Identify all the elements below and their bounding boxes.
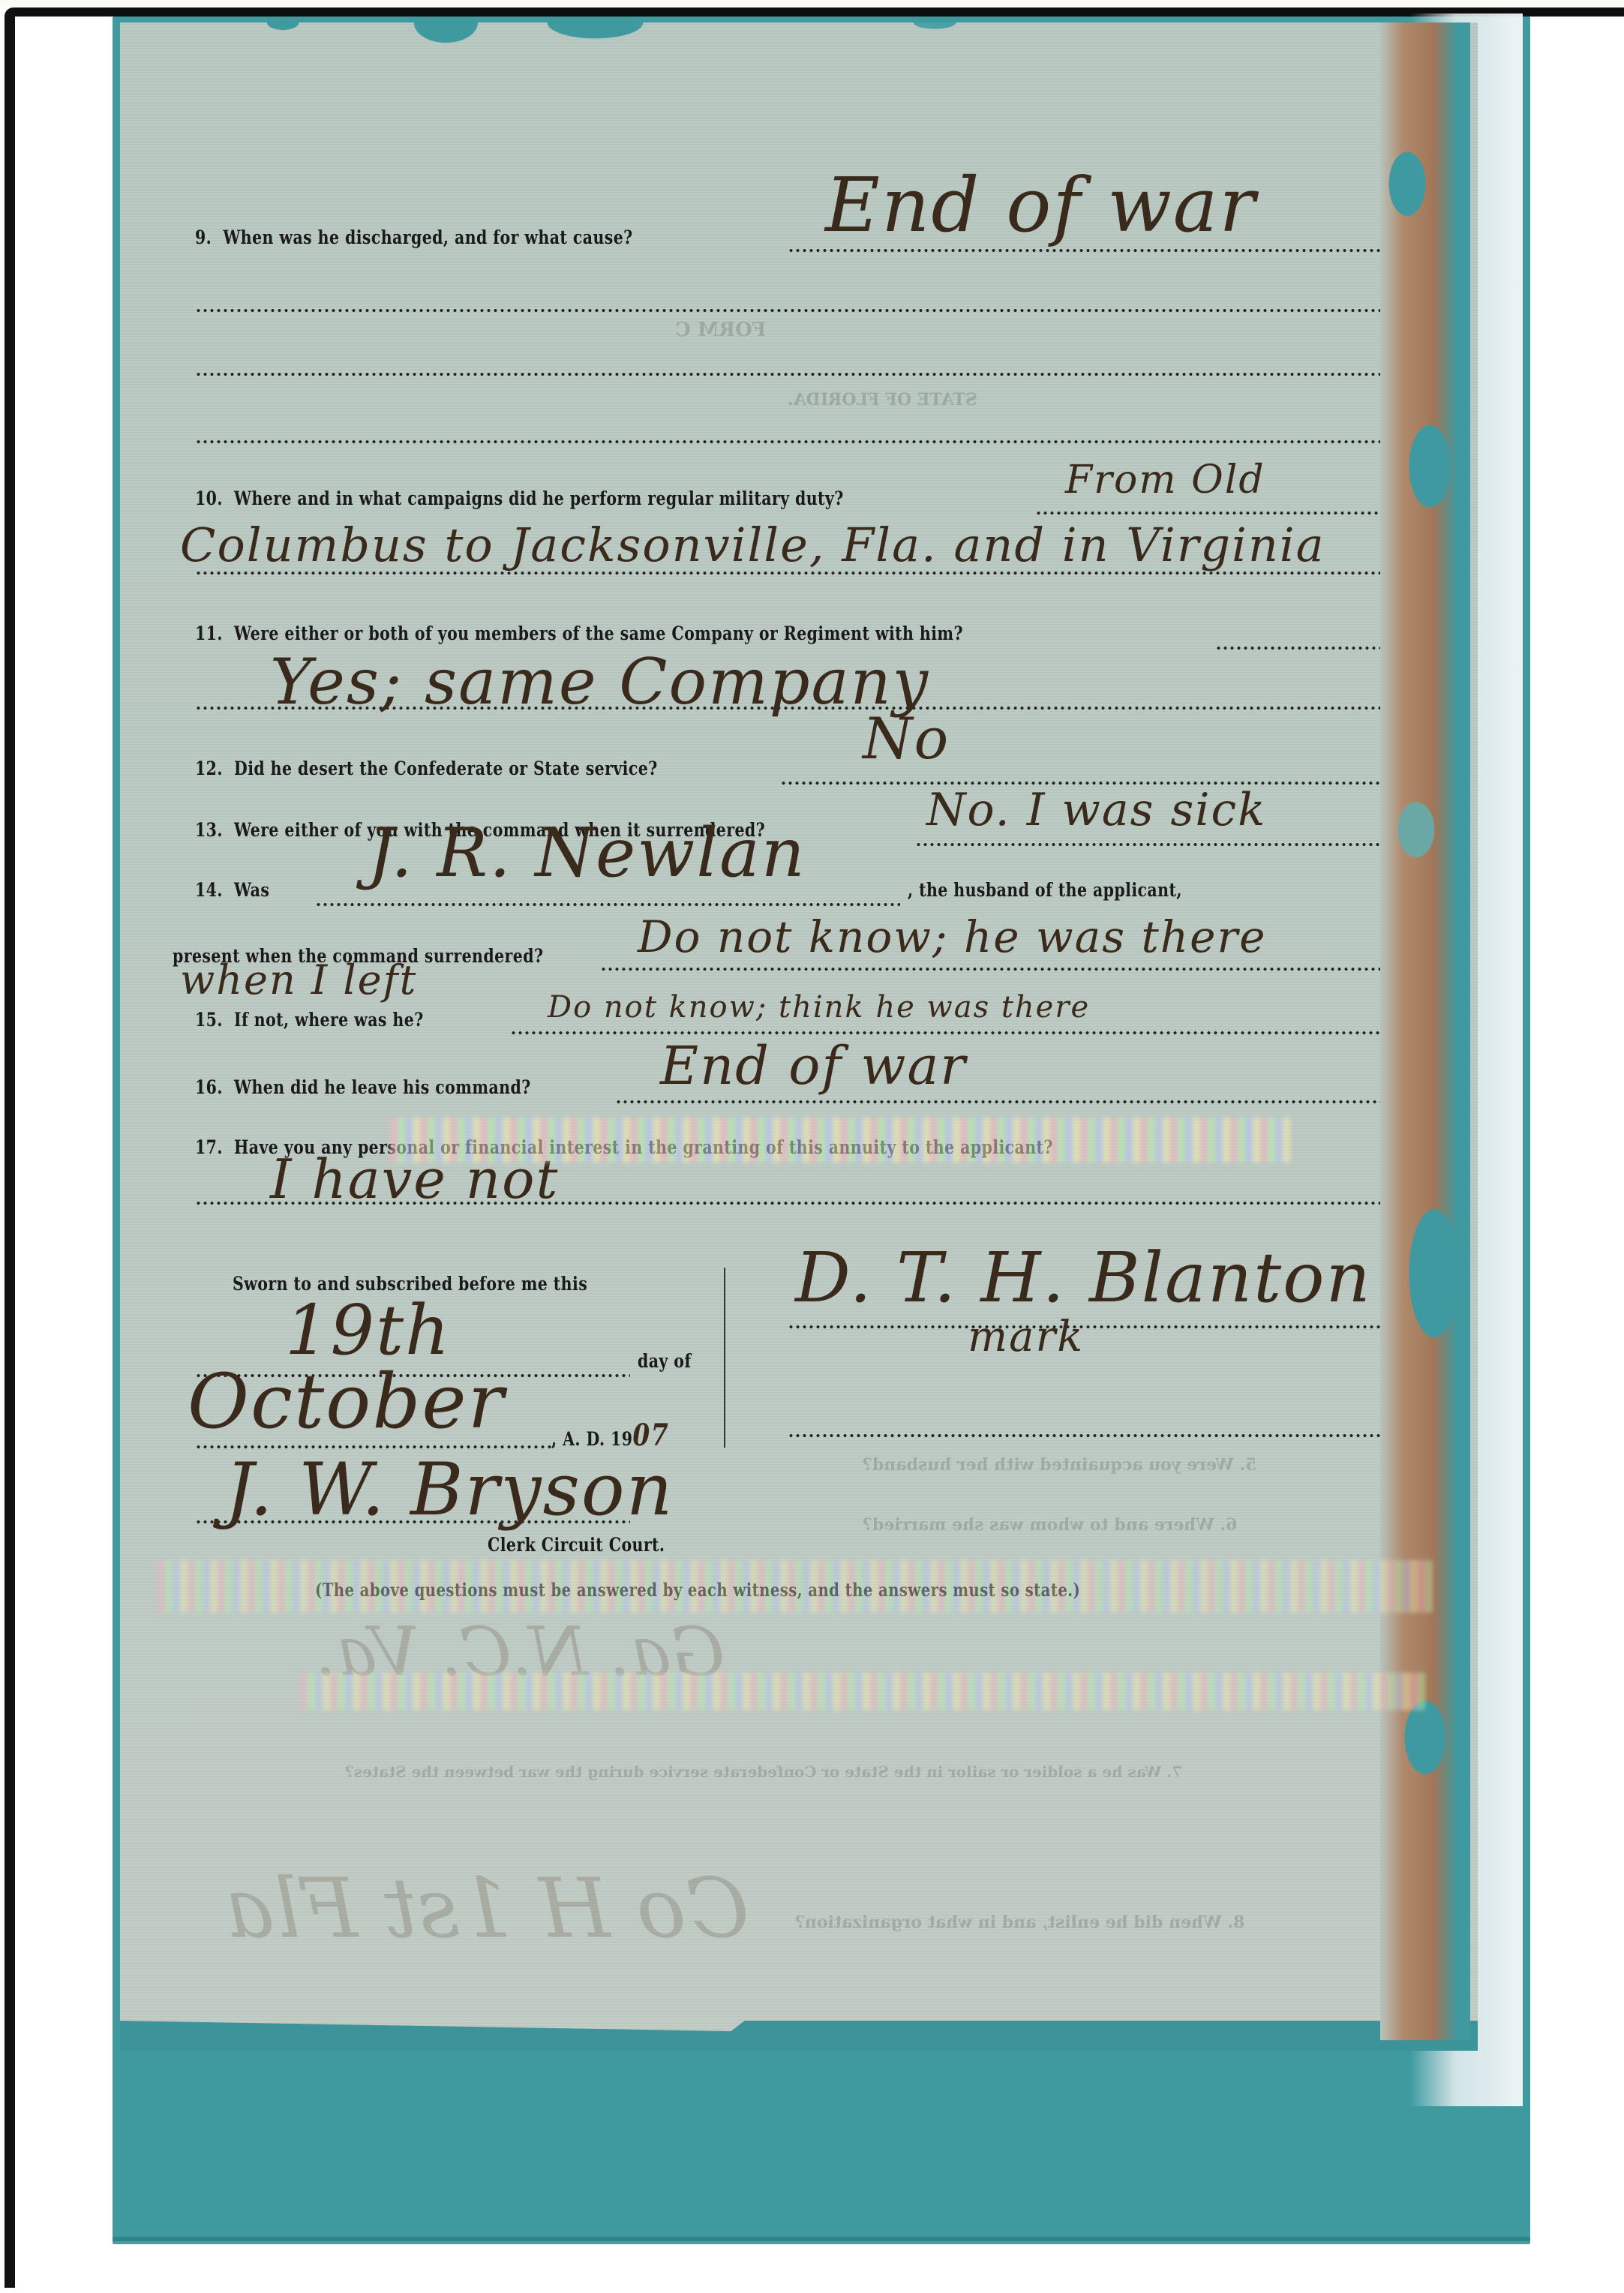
bleedthrough-q5: 5. Were you acquainted with her husband? — [863, 1455, 1256, 1475]
question-14-suffix: , the husband of the applicant, — [908, 879, 1295, 901]
answer-10-line1-handwritten: From Old — [1065, 458, 1265, 503]
answer-9-handwritten: End of war — [825, 161, 1256, 249]
torn-top-edge — [120, 23, 1478, 53]
bleedthrough-q7: 7. Was he a soldier or sailor in the Sta… — [345, 1763, 1182, 1781]
answer-line-16 — [615, 1099, 1380, 1105]
bleedthrough-handwriting-2: Co H 1st Fla — [225, 1860, 749, 1956]
answer-17-handwritten: I have not — [270, 1148, 559, 1211]
bleedthrough-state: STATE OF FLORIDA. — [788, 390, 977, 410]
answer-line-9c — [195, 371, 1380, 377]
question-10: 10. Where and in what campaigns did he p… — [195, 488, 1167, 509]
clerk-signature: J. W. Bryson — [225, 1448, 674, 1532]
bleedthrough-form-title: FORM C — [675, 319, 766, 341]
soldier-name-handwritten: J. R. Newlan — [368, 814, 806, 893]
question-11: 11. Were either or both of you members o… — [195, 623, 1167, 644]
answer-line-14 — [600, 966, 1380, 972]
answer-16-handwritten: End of war — [660, 1035, 967, 1097]
bleedthrough-handwriting-1: Ga. N.C. Va. — [315, 1613, 725, 1691]
answer-10-line2-handwritten: Columbus to Jacksonville, Fla. and in Vi… — [180, 518, 1325, 572]
answer-15-handwritten: Do not know; think he was there — [548, 990, 1090, 1025]
answer-12-handwritten: No — [863, 705, 950, 772]
day-of-label: day of — [638, 1350, 730, 1372]
jurat-brace — [724, 1268, 737, 1448]
answer-line-13 — [915, 842, 1380, 848]
answer-11-handwritten: Yes; same Company — [270, 645, 929, 719]
month-handwritten: October — [188, 1358, 505, 1445]
instructions-footnote: (The above questions must be answered by… — [315, 1579, 1176, 1601]
answer-line-9b — [195, 308, 1380, 314]
question-12: 12. Did he desert the Confederate or Sta… — [195, 758, 1167, 779]
witness-second-signature-line — [788, 1433, 1380, 1439]
bleedthrough-q6: 6. Where and to whom was she married? — [863, 1515, 1238, 1535]
witness-signature: D. T. H. Blanton — [795, 1238, 1372, 1318]
answer-line-9d — [195, 439, 1380, 445]
bleedthrough-q8: 8. When did he enlist, and in what organ… — [795, 1913, 1244, 1932]
scanner-frame-left-edge — [5, 8, 15, 2288]
answer-line-10 — [1035, 510, 1380, 516]
answer-line-11 — [1215, 645, 1380, 651]
witness-mark: mark — [968, 1313, 1084, 1361]
scanner-bed-top — [0, 0, 1624, 6]
clerk-title: Clerk Circuit Court. — [488, 1534, 734, 1556]
answer-14-line2-handwritten: when I left — [180, 956, 417, 1004]
answer-13-handwritten: No. I was sick — [926, 784, 1266, 836]
answer-14-line1-handwritten: Do not know; he was there — [638, 911, 1267, 962]
name-line-14 — [315, 902, 900, 908]
stained-torn-right-edge — [1380, 23, 1470, 2040]
scanner-frame-top-edge — [5, 8, 1624, 17]
